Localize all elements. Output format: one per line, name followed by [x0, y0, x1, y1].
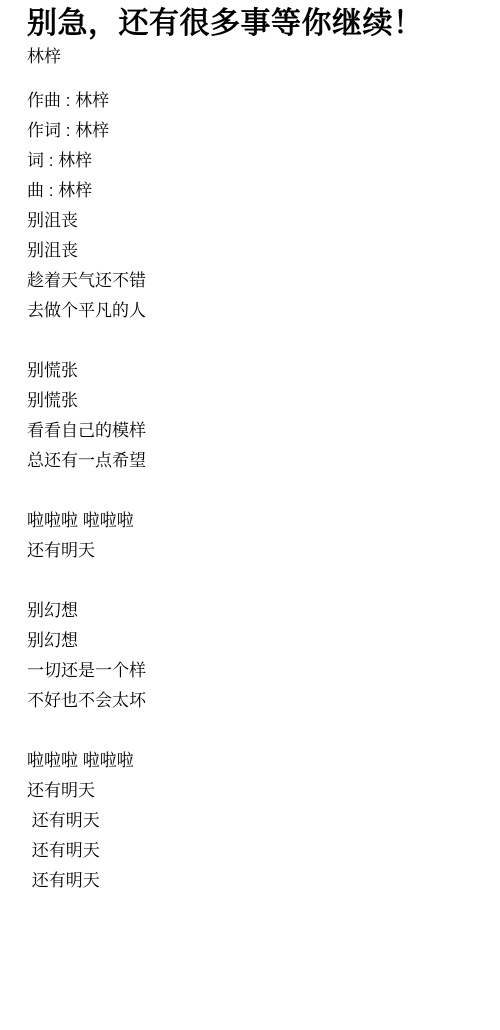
lyric-line: 别慌张 — [27, 356, 480, 386]
lyric-line: 别幻想 — [27, 596, 480, 626]
lyric-line: 啦啦啦 啦啦啦 — [27, 746, 480, 776]
lyric-line: 一切还是一个样 — [27, 656, 480, 686]
lyric-line — [27, 566, 480, 596]
lyric-line: 趁着天气还不错 — [27, 266, 480, 296]
lyric-line: 还有明天 — [27, 836, 480, 866]
lyric-line: 别慌张 — [27, 386, 480, 416]
lyrics-page: 别急，还有很多事等你继续！ 林梓 作曲 : 林梓作词 : 林梓词 : 林梓曲 :… — [0, 0, 500, 1030]
lyric-line: 看看自己的模样 — [27, 416, 480, 446]
lyric-line: 还有明天 — [27, 806, 480, 836]
lyric-line: 别沮丧 — [27, 236, 480, 266]
lyric-line: 还有明天 — [27, 866, 480, 896]
lyric-line: 作词 : 林梓 — [27, 116, 480, 146]
lyric-line: 还有明天 — [27, 776, 480, 806]
artist-name: 林梓 — [27, 45, 480, 69]
lyric-line: 不好也不会太坏 — [27, 686, 480, 716]
lyric-line: 曲 : 林梓 — [27, 176, 480, 206]
lyric-line: 别沮丧 — [27, 206, 480, 236]
lyric-line: 词 : 林梓 — [27, 146, 480, 176]
lyric-line: 总还有一点希望 — [27, 446, 480, 476]
lyric-line: 作曲 : 林梓 — [27, 86, 480, 116]
lyric-line — [27, 476, 480, 506]
lyric-line: 还有明天 — [27, 536, 480, 566]
song-title: 别急，还有很多事等你继续！ — [27, 4, 480, 44]
lyric-line — [27, 716, 480, 746]
lyric-line: 别幻想 — [27, 626, 480, 656]
lyrics: 作曲 : 林梓作词 : 林梓词 : 林梓曲 : 林梓别沮丧别沮丧趁着天气还不错去… — [27, 86, 480, 896]
lyric-line: 去做个平凡的人 — [27, 296, 480, 326]
lyric-line — [27, 326, 480, 356]
lyric-line: 啦啦啦 啦啦啦 — [27, 506, 480, 536]
